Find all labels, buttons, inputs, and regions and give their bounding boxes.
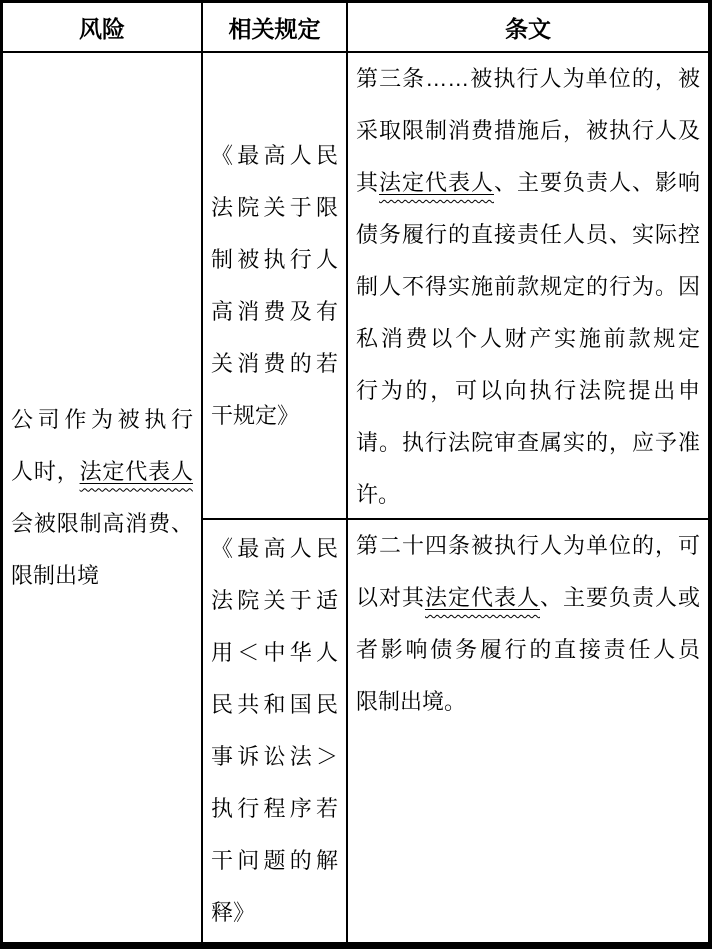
text-line: 限制出境。 [356,676,700,728]
text-segment: 其 [356,170,379,195]
header-label-regulation: 相关规定 [229,11,321,44]
text-line: 请。执行法院审查属实的，应予准 [356,417,700,469]
document-page: 风险 相关规定 条文 公司作为被执行人时，法定代表人会被限制高消费、限制出境 《… [0,0,712,949]
text-segment: 会被限制高消费、 [11,511,193,536]
underlined-term-text: 法定代表人 [379,170,494,195]
text-line: 以对其法定代表人、主要负责人或 [356,572,700,624]
text-segment: 事诉讼法＞ [211,744,338,769]
underlined-term-text: 法定代表人 [80,459,193,484]
text-segment: 限制出境。 [356,689,466,714]
text-segment: 、主要负责人或 [540,585,700,610]
text-segment: 公司作为被执行 [11,407,193,432]
text-segment: 制被执行人 [211,247,338,272]
text-line: 行为的，可以向执行法院提出申 [356,365,700,417]
risk-regulation-table: 风险 相关规定 条文 公司作为被执行人时，法定代表人会被限制高消费、限制出境 《… [0,0,712,949]
text-segment: 高消费及有 [211,299,338,324]
text-segment: 请。执行法院审查属实的，应予准 [356,430,700,455]
risk-cell: 公司作为被执行人时，法定代表人会被限制高消费、限制出境 [3,53,203,942]
text-line: 者影响债务履行的直接责任人员 [356,624,700,676]
text-segment: 干规定》 [211,403,299,428]
text-line: 会被限制高消费、 [11,498,193,550]
text-line: 关消费的若 [211,338,338,390]
header-cell-regulation: 相关规定 [203,3,348,53]
text-segment: 人时， [11,459,80,484]
text-segment: 制人不得实施前款规定的行为。因 [356,274,700,299]
underlined-term: 法定代表人 [425,585,540,610]
text-line: 债务履行的直接责任人员、实际控 [356,209,700,261]
text-segment: 私消费以个人财产实施前款规定 [356,326,700,351]
text-line: 执行程序若 [211,783,338,835]
header-label-risk: 风险 [79,11,125,44]
text-line: 许。 [356,469,700,520]
text-segment: 干问题的解 [211,848,338,873]
text-segment: 民共和国民 [211,692,338,717]
text-segment: 以对其 [356,585,425,610]
text-line: 私消费以个人财产实施前款规定 [356,313,700,365]
article-cell-row1: 第三条……被执行人为单位的，被采取限制消费措施后，被执行人及其法定代表人、主要负… [348,53,708,520]
text-segment: 者影响债务履行的直接责任人员 [356,637,700,662]
text-segment: 行为的，可以向执行法院提出申 [356,378,700,403]
text-line: 民共和国民 [211,679,338,731]
text-line: 第三条……被执行人为单位的，被 [356,53,700,105]
text-line: 法院关于限 [211,182,338,234]
text-line: 《最高人民 [211,523,338,575]
text-segment: 采取限制消费措施后，被执行人及 [356,118,700,143]
text-line: 人时，法定代表人 [11,446,193,498]
text-segment: 第三条……被执行人为单位的，被 [356,66,700,91]
text-line: 制人不得实施前款规定的行为。因 [356,261,700,313]
underlined-term-text: 法定代表人 [425,585,540,610]
text-line: 法院关于适 [211,575,338,627]
text-line: 采取限制消费措施后，被执行人及 [356,105,700,157]
text-segment: 限制出境 [11,563,99,588]
regulation-cell-row2: 《最高人民法院关于适用＜中华人民共和国民事诉讼法＞执行程序若干问题的解释》 [203,520,348,942]
text-segment: 关消费的若 [211,351,338,376]
header-cell-article: 条文 [348,3,708,53]
text-segment: 《最高人民 [211,536,338,561]
text-line: 公司作为被执行 [11,394,193,446]
text-segment: 法院关于限 [211,195,338,220]
text-segment: 执行程序若 [211,796,338,821]
text-segment: 、主要负责人、影响 [494,170,700,195]
text-segment: 《最高人民 [211,143,338,168]
underlined-term: 法定代表人 [379,170,494,195]
text-segment: 债务履行的直接责任人员、实际控 [356,222,700,247]
text-line: 高消费及有 [211,286,338,338]
text-line: 《最高人民 [211,130,338,182]
text-line: 其法定代表人、主要负责人、影响 [356,157,700,209]
text-segment: 第二十四条被执行人为单位的，可 [356,533,700,558]
text-segment: 释》 [211,900,255,925]
text-segment: 用＜中华人 [211,640,338,665]
text-line: 事诉讼法＞ [211,731,338,783]
text-line: 限制出境 [11,550,193,602]
article-cell-row2: 第二十四条被执行人为单位的，可以对其法定代表人、主要负责人或者影响债务履行的直接… [348,520,708,942]
text-line: 释》 [211,887,338,939]
header-label-article: 条文 [505,11,551,44]
text-line: 干规定》 [211,390,338,442]
text-line: 干问题的解 [211,835,338,887]
underlined-term: 法定代表人 [80,459,193,484]
header-cell-risk: 风险 [3,3,203,53]
text-line: 制被执行人 [211,234,338,286]
regulation-cell-row1: 《最高人民法院关于限制被执行人高消费及有关消费的若干规定》 [203,53,348,520]
text-line: 用＜中华人 [211,627,338,679]
text-segment: 法院关于适 [211,588,338,613]
text-segment: 许。 [356,482,400,507]
text-line: 第二十四条被执行人为单位的，可 [356,520,700,572]
